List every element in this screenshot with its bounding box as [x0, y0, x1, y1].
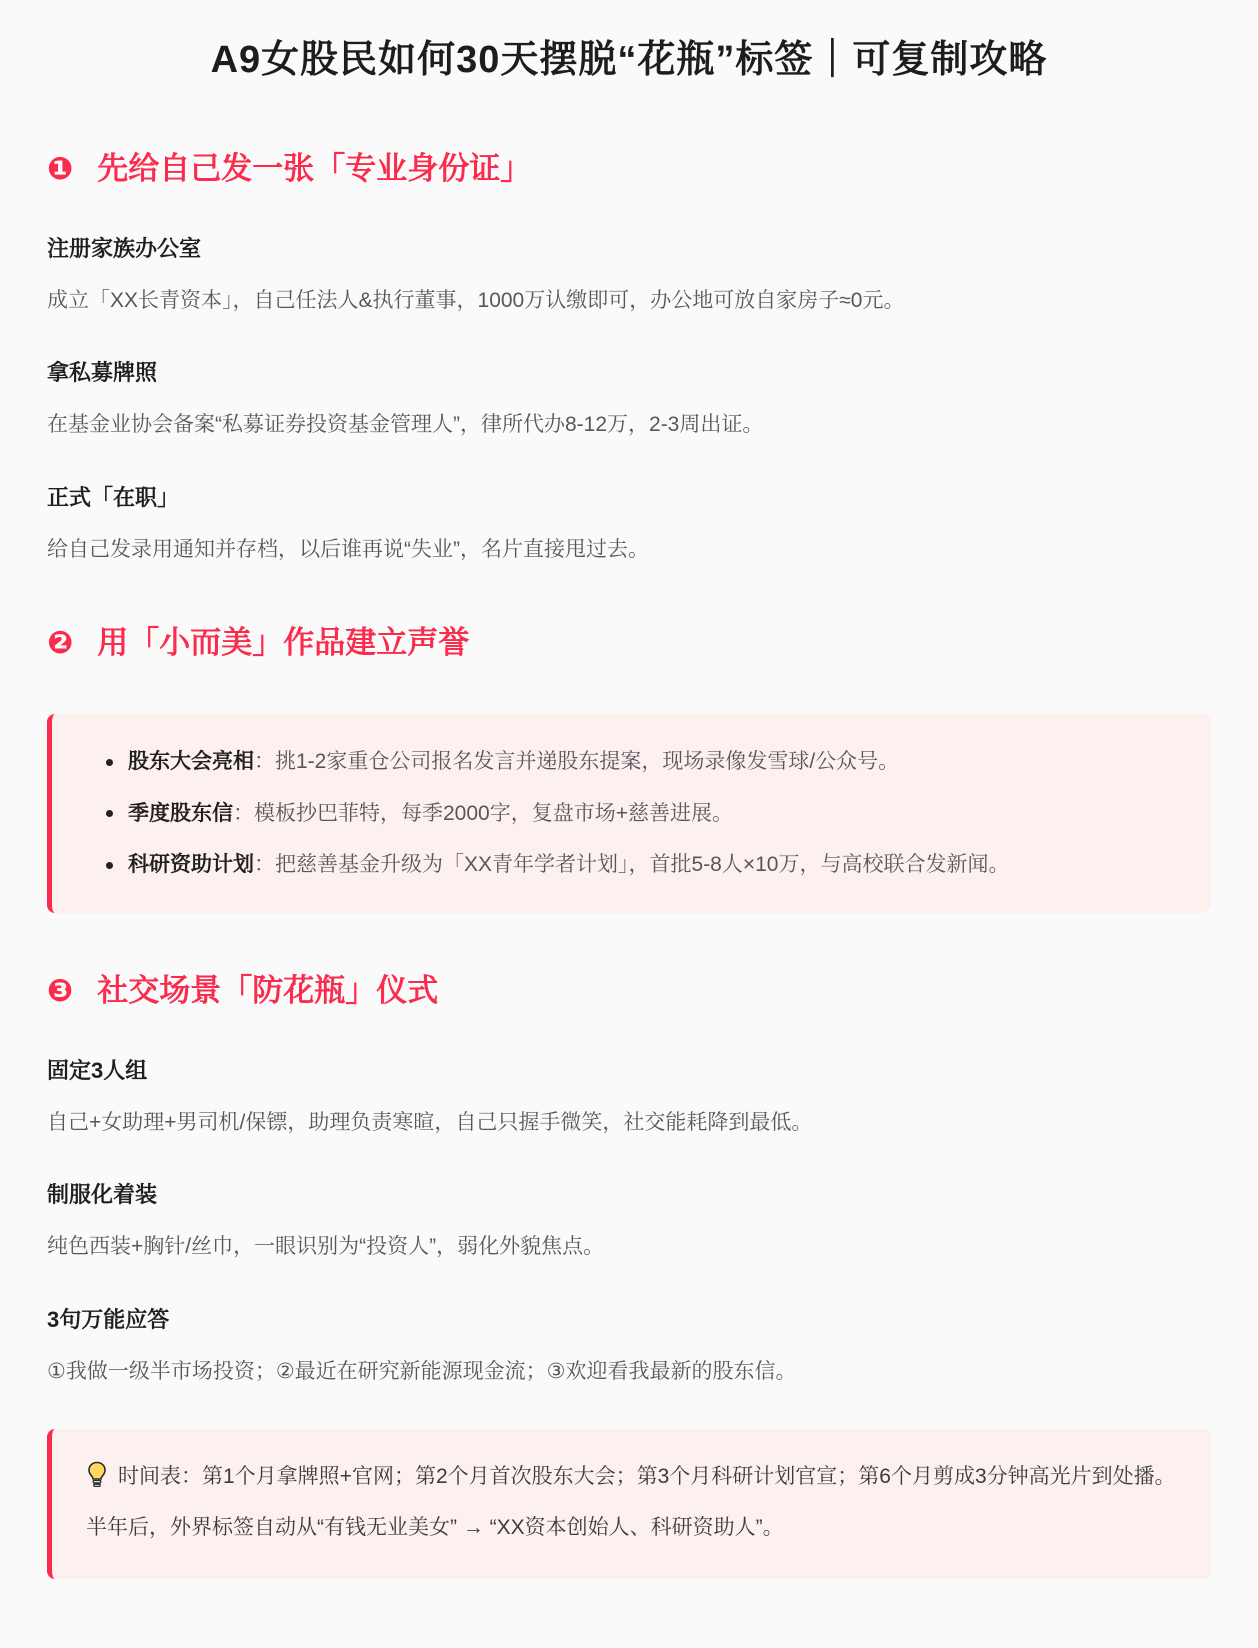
bullet-icon [106, 862, 113, 869]
paragraph: ①我做一级半市场投资；②最近在研究新能源现金流；③欢迎看我最新的股东信。 [47, 1356, 1211, 1388]
paragraph: 纯色西装+胸针/丝巾，一眼识别为“投资人”，弱化外貌焦点。 [47, 1231, 1211, 1263]
highlight-box: 股东大会亮相：挑1-2家重仓公司报名发言并递股东提案，现场录像发雪球/公众号。 … [47, 714, 1211, 913]
subheading: 拿私募牌照 [47, 356, 1211, 389]
list-item: 股东大会亮相：挑1-2家重仓公司报名发言并递股东提案，现场录像发雪球/公众号。 [106, 746, 1177, 778]
section-social: ❸ 社交场景「防花瓶」仪式 固定3人组 自己+女助理+男司机/保镖，助理负责寒暄… [47, 969, 1211, 1387]
list-item-label: 季度股东信 [128, 798, 233, 830]
tip-box: 时间表：第1个月拿牌照+官网；第2个月首次股东大会；第3个月科研计划官宣；第6个… [47, 1429, 1211, 1579]
bullet-icon [106, 810, 113, 817]
article: A9女股民如何30天摆脱“花瓶”标签｜可复制攻略 ❶ 先给自己发一张「专业身份证… [0, 0, 1258, 1627]
tip-line-2: 半年后，外界标签自动从“有钱无业美女” → “XX资本创始人、科研资助人”。 [86, 1506, 1177, 1549]
circled-1-icon: ❶ [47, 147, 73, 192]
circled-2-icon: ❷ [47, 621, 73, 666]
section-2-title: 用「小而美」作品建立声誉 [97, 621, 469, 666]
subheading: 制服化着装 [47, 1178, 1211, 1211]
section-3-title: 社交场景「防花瓶」仪式 [97, 969, 438, 1014]
bullet-list: 股东大会亮相：挑1-2家重仓公司报名发言并递股东提案，现场录像发雪球/公众号。 … [86, 746, 1177, 881]
list-item-text: ：把慈善基金升级为「XX青年学者计划」，首批5-8人×10万，与高校联合发新闻。 [254, 849, 1009, 881]
section-1-heading: ❶ 先给自己发一张「专业身份证」 [47, 147, 1211, 192]
paragraph: 成立「XX长青资本」，自己任法人&执行董事，1000万认缴即可，办公地可放自家房… [47, 285, 1211, 317]
circled-3-icon: ❸ [47, 969, 73, 1014]
lightbulb-icon [86, 1461, 108, 1488]
list-item-label: 股东大会亮相 [128, 746, 254, 778]
list-item-text: ：模板抄巴菲特，每季2000字，复盘市场+慈善进展。 [233, 798, 733, 830]
page-title: A9女股民如何30天摆脱“花瓶”标签｜可复制攻略 [47, 32, 1211, 89]
tip-line-1: 时间表：第1个月拿牌照+官网；第2个月首次股东大会；第3个月科研计划官宣；第6个… [86, 1455, 1177, 1498]
tip-text-1: 时间表：第1个月拿牌照+官网；第2个月首次股东大会；第3个月科研计划官宣；第6个… [118, 1465, 1176, 1488]
list-item: 季度股东信：模板抄巴菲特，每季2000字，复盘市场+慈善进展。 [106, 798, 1177, 830]
paragraph: 在基金业协会备案“私募证券投资基金管理人”，律所代办8-12万，2-3周出证。 [47, 409, 1211, 441]
list-item-label: 科研资助计划 [128, 849, 254, 881]
section-1-title: 先给自己发一张「专业身份证」 [97, 147, 531, 192]
subheading: 3句万能应答 [47, 1303, 1211, 1336]
section-identity: ❶ 先给自己发一张「专业身份证」 注册家族办公室 成立「XX长青资本」，自己任法… [47, 147, 1211, 565]
section-2-heading: ❷ 用「小而美」作品建立声誉 [47, 621, 1211, 666]
section-3-heading: ❸ 社交场景「防花瓶」仪式 [47, 969, 1211, 1014]
subheading: 注册家族办公室 [47, 232, 1211, 265]
paragraph: 给自己发录用通知并存档，以后谁再说“失业”，名片直接甩过去。 [47, 534, 1211, 566]
list-item: 科研资助计划：把慈善基金升级为「XX青年学者计划」，首批5-8人×10万，与高校… [106, 849, 1177, 881]
section-reputation: ❷ 用「小而美」作品建立声誉 股东大会亮相：挑1-2家重仓公司报名发言并递股东提… [47, 621, 1211, 912]
subheading: 正式「在职」 [47, 481, 1211, 514]
subheading: 固定3人组 [47, 1054, 1211, 1087]
paragraph: 自己+女助理+男司机/保镖，助理负责寒暄，自己只握手微笑，社交能耗降到最低。 [47, 1107, 1211, 1139]
bullet-icon [106, 759, 113, 766]
list-item-text: ：挑1-2家重仓公司报名发言并递股东提案，现场录像发雪球/公众号。 [254, 746, 899, 778]
